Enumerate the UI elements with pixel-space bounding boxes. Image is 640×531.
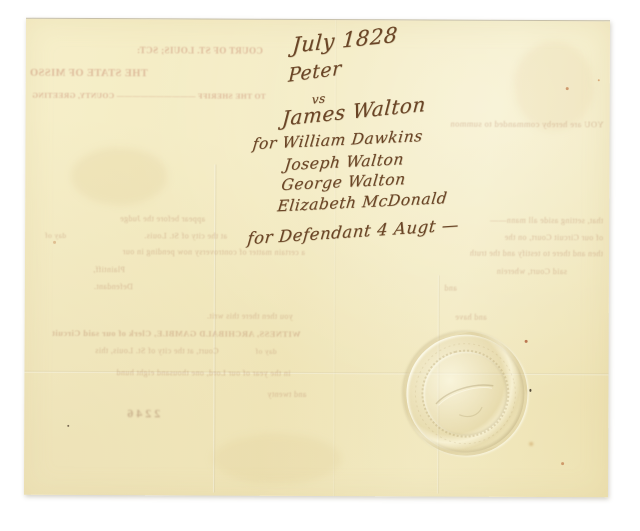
fold-crease-vertical-center: [333, 20, 337, 496]
ghost-text-fragment: TO THE SHERIFF —————————— COUNTY, GREETI…: [32, 92, 266, 101]
handwritten-date: July 1828: [291, 25, 398, 57]
ghost-text-fragment: Defendant.: [61, 283, 133, 291]
handwritten-witness-line: George Walton: [281, 172, 407, 194]
ghost-text-fragment: Court, at the city of St. Louis, this: [37, 347, 219, 356]
ghost-text-fragment: COURT OF ST. LOUIS; SCT:: [88, 46, 263, 56]
age-stain: [514, 41, 594, 131]
ghost-text-fragment: appear before the Judge: [55, 215, 205, 224]
handwritten-witness-line: Elizabeth McDonald: [276, 191, 448, 215]
ghost-text-fragment: Plaintiff,: [61, 266, 125, 274]
ghost-docket-number: 2246: [104, 407, 160, 419]
handwritten-witness-line: for William Dawkins: [252, 129, 424, 153]
ghost-text-fragment: and: [417, 284, 457, 292]
ghost-text-fragment: WITNESS, ARCHIBALD GAMBLE, Clerk of our …: [37, 329, 301, 339]
ghost-text-fragment: YOU are hereby commanded to summon: [416, 119, 604, 128]
ghost-text-fragment: then and there to testify and the truth: [417, 249, 603, 258]
foxing-spot: [67, 425, 69, 427]
fold-crease-vertical-left: [213, 165, 216, 493]
foxing-spot: [561, 462, 564, 465]
foxing-spot: [53, 241, 56, 244]
ghost-text-fragment: day of: [30, 232, 66, 240]
ghost-text-fragment: day of: [237, 348, 277, 356]
age-stain: [212, 434, 342, 485]
foxing-spot: [529, 389, 531, 392]
ghost-text-fragment: and have: [417, 313, 487, 321]
document-paper: COURT OF ST. LOUIS; SCT: THE STATE OF MI…: [24, 18, 610, 498]
age-stain: [71, 147, 167, 205]
ghost-text-fragment: THE STATE OF MISSOURI,: [30, 69, 148, 80]
ghost-text-fragment: a certain matter of controversy now pend…: [59, 248, 305, 257]
ghost-text-fragment: at the city of St. Louis.: [87, 232, 227, 241]
handwritten-notation: for Defendant 4 Augt —: [247, 217, 460, 248]
foxing-spot: [598, 79, 600, 81]
ghost-text-fragment: and twenty: [242, 391, 306, 399]
scanned-document-page: { "page": { "background_color": "#ffffff…: [0, 0, 640, 531]
embossed-seal: [390, 319, 540, 469]
foxing-spot: [525, 340, 528, 343]
ghost-text-fragment: you then there this writ.: [163, 312, 293, 321]
embossed-seal-emblem: [394, 322, 537, 465]
foxing-spot: [566, 87, 569, 90]
handwritten-plaintiff-name: Peter: [288, 59, 342, 86]
ghost-text-fragment: said Court, wherein: [417, 267, 567, 276]
ghost-text-fragment: in the year of our Lord, one thousand ei…: [100, 369, 290, 378]
handwritten-defendant-name: James Walton: [281, 94, 426, 129]
foxing-spot: [529, 442, 533, 446]
